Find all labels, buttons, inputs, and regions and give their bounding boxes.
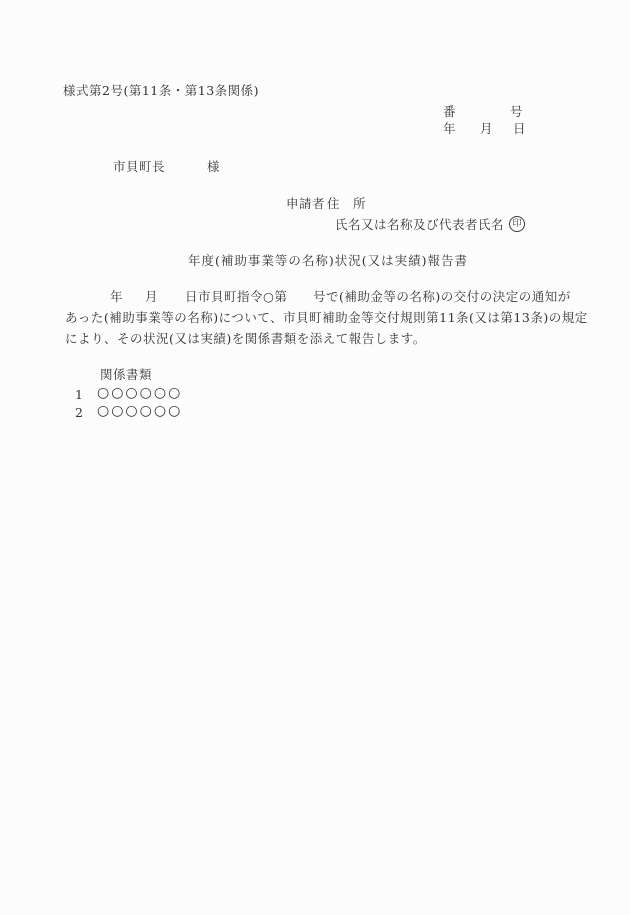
doc-number-go-label: 号 (510, 105, 523, 119)
attachment-number: 1 (75, 388, 83, 402)
addressee-name: 市貝町長 (113, 160, 165, 174)
body-line1-rest: 号で(補助金等の名称)の交付の決定の通知が (313, 290, 571, 304)
applicant-name-label: 氏名又は名称及び代表者氏名 (335, 218, 504, 232)
attachment-placeholder-circles: ○○○○○○ (97, 386, 182, 401)
body-line1-day-directive: 日市貝町指令○第 (185, 290, 287, 304)
applicant-address-label: 住 所 (327, 197, 366, 211)
attachment-placeholder-circles: ○○○○○○ (97, 404, 182, 419)
seal-character: 印 (512, 220, 521, 229)
body-line1-year: 年 (110, 290, 123, 304)
applicant-label: 申請者 (286, 197, 325, 211)
document-title: 年度(補助事業等の名称)状況(又は実績)報告書 (188, 254, 468, 268)
date-month-label: 月 (480, 122, 493, 136)
body-line3: により、その状況(又は実績)を関係書類を添えて報告します。 (65, 332, 426, 346)
addressee-honorific: 様 (207, 160, 220, 174)
document-page: 様式第2号(第11条・第13条関係) 番 号 年 月 日 市貝町長 様 申請者 … (0, 0, 630, 915)
body-line1-month: 月 (145, 290, 158, 304)
doc-number-ban-label: 番 (443, 105, 456, 119)
seal-icon: 印 (509, 216, 525, 232)
attachments-heading: 関係書類 (100, 368, 152, 382)
form-label: 様式第2号(第11条・第13条関係) (63, 84, 259, 98)
attachment-number: 2 (75, 406, 83, 420)
body-line2: あった(補助事業等の名称)について、市貝町補助金等交付規則第11条(又は第13条… (65, 311, 588, 325)
date-year-label: 年 (443, 122, 456, 136)
date-day-label: 日 (513, 122, 526, 136)
